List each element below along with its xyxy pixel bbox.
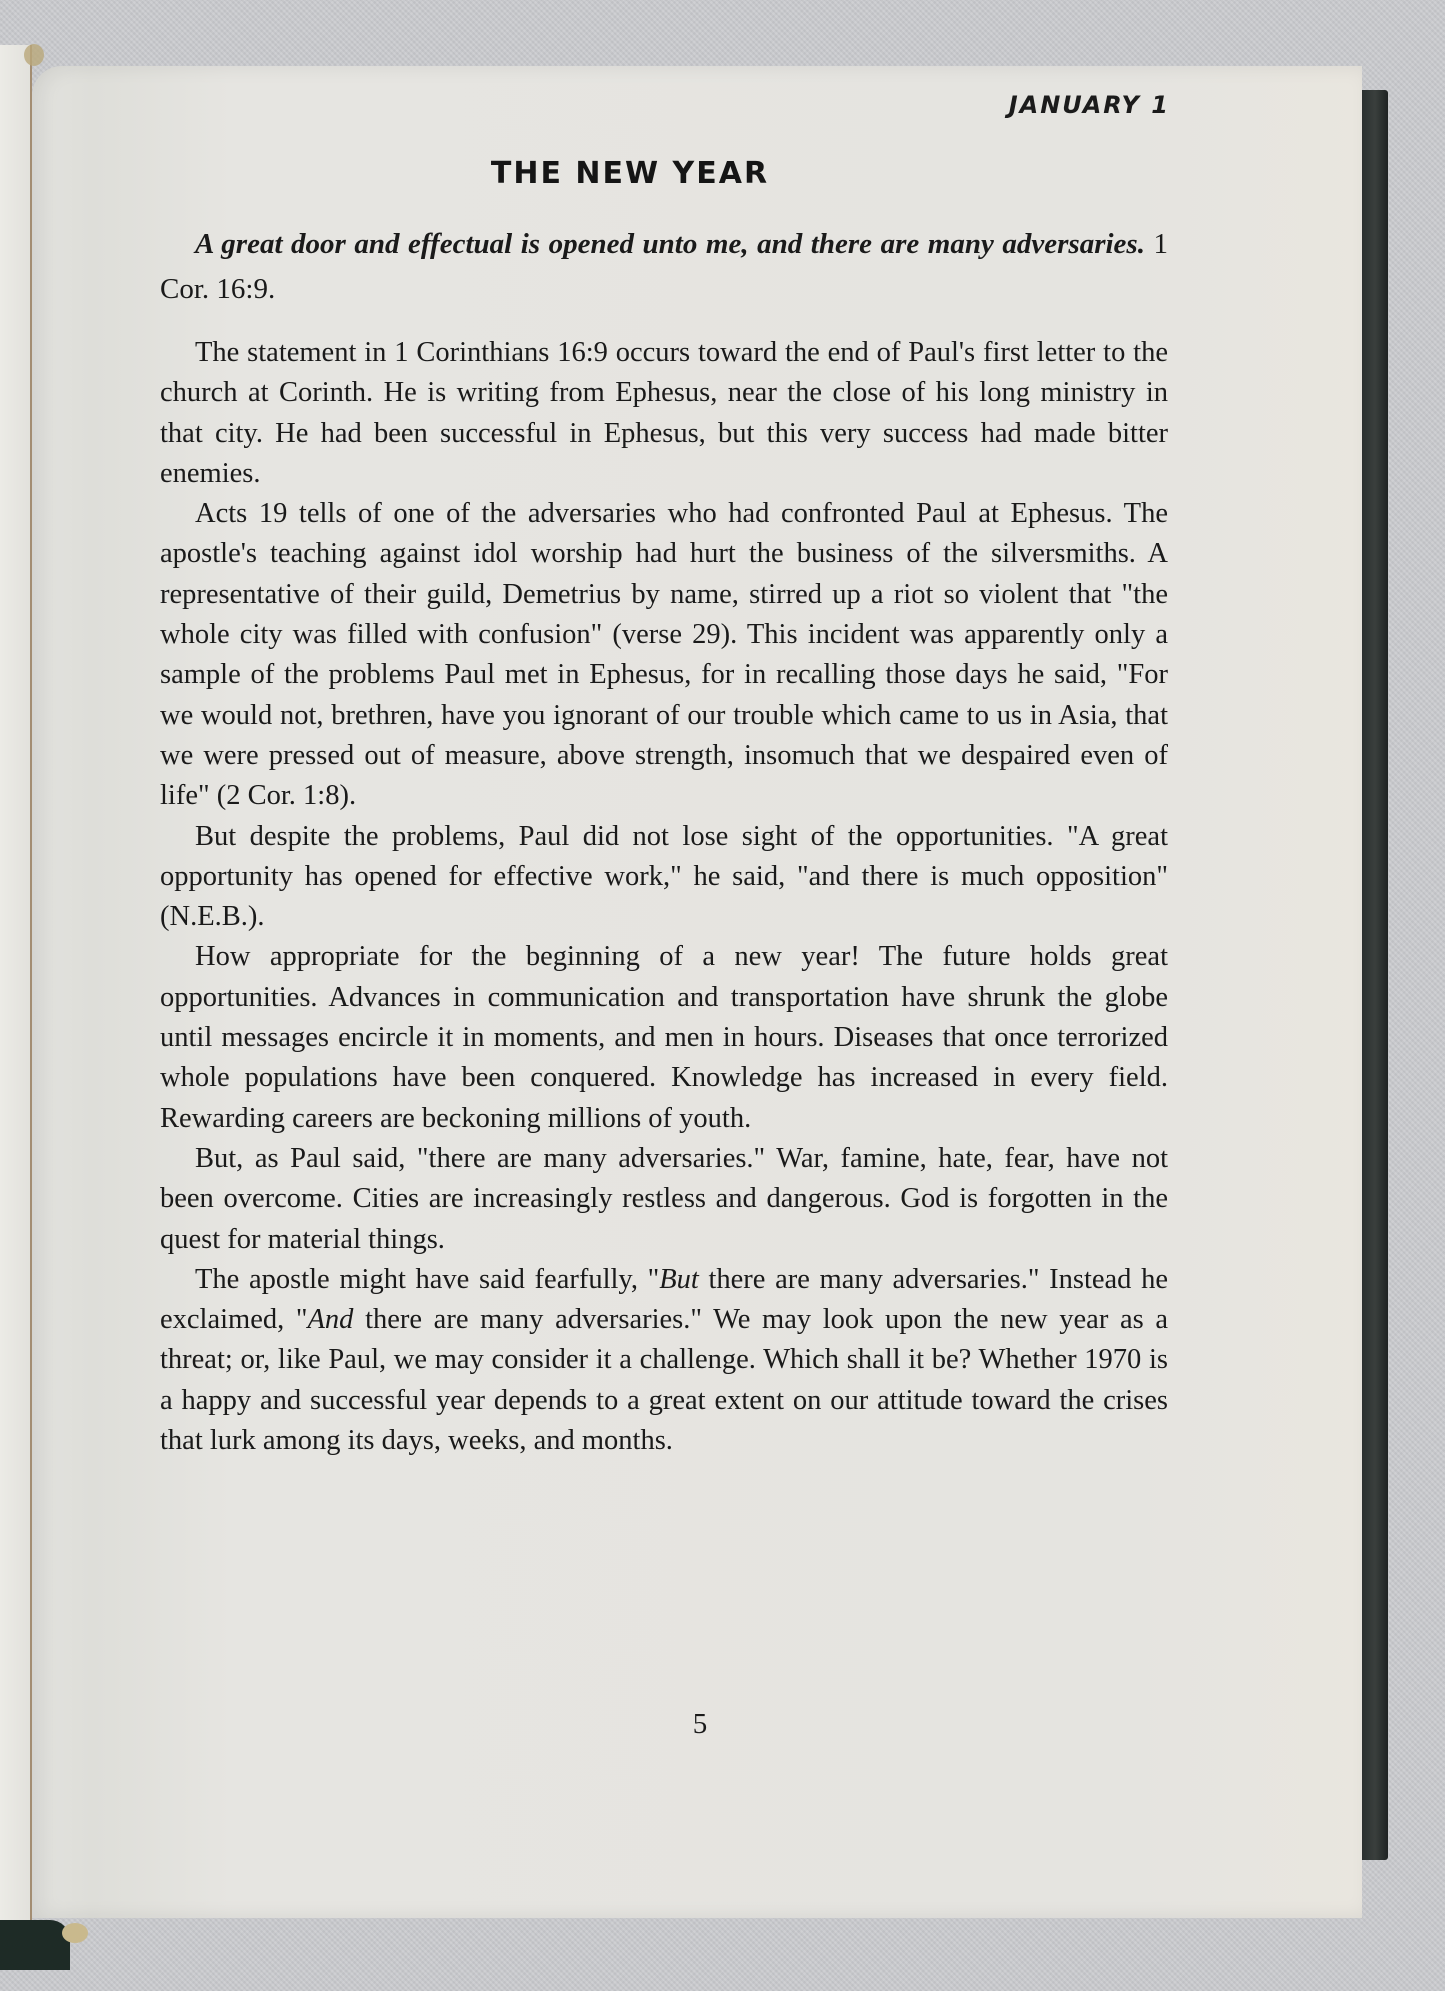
paragraph-text: The apostle might have said fearfully, ": [195, 1264, 659, 1295]
epigraph: A great door and effectual is opened unt…: [160, 222, 1168, 312]
left-page-edge: [0, 45, 32, 1950]
book-cover-edge: [1362, 90, 1388, 1860]
emphasis-but: But: [659, 1264, 699, 1295]
paragraph: Acts 19 tells of one of the adversaries …: [160, 494, 1168, 816]
book-binding: [0, 1920, 70, 1970]
emphasis-and: And: [308, 1304, 354, 1335]
paragraph: But, as Paul said, "there are many adver…: [160, 1139, 1168, 1260]
paragraph: But despite the problems, Paul did not l…: [160, 817, 1168, 938]
paragraph: The statement in 1 Corinthians 16:9 occu…: [160, 333, 1168, 494]
paragraph: How appropriate for the beginning of a n…: [160, 937, 1168, 1138]
epigraph-verse: A great door and effectual is opened unt…: [195, 228, 1145, 260]
page-number: 5: [680, 1708, 720, 1741]
binding-thread-top: [24, 44, 44, 66]
paragraph: The apostle might have said fearfully, "…: [160, 1260, 1168, 1461]
running-head: JANUARY 1: [900, 91, 1170, 119]
page-body: A great door and effectual is opened unt…: [160, 222, 1168, 1461]
binding-thread-bottom: [62, 1923, 88, 1943]
page-title: THE NEW YEAR: [380, 156, 880, 191]
